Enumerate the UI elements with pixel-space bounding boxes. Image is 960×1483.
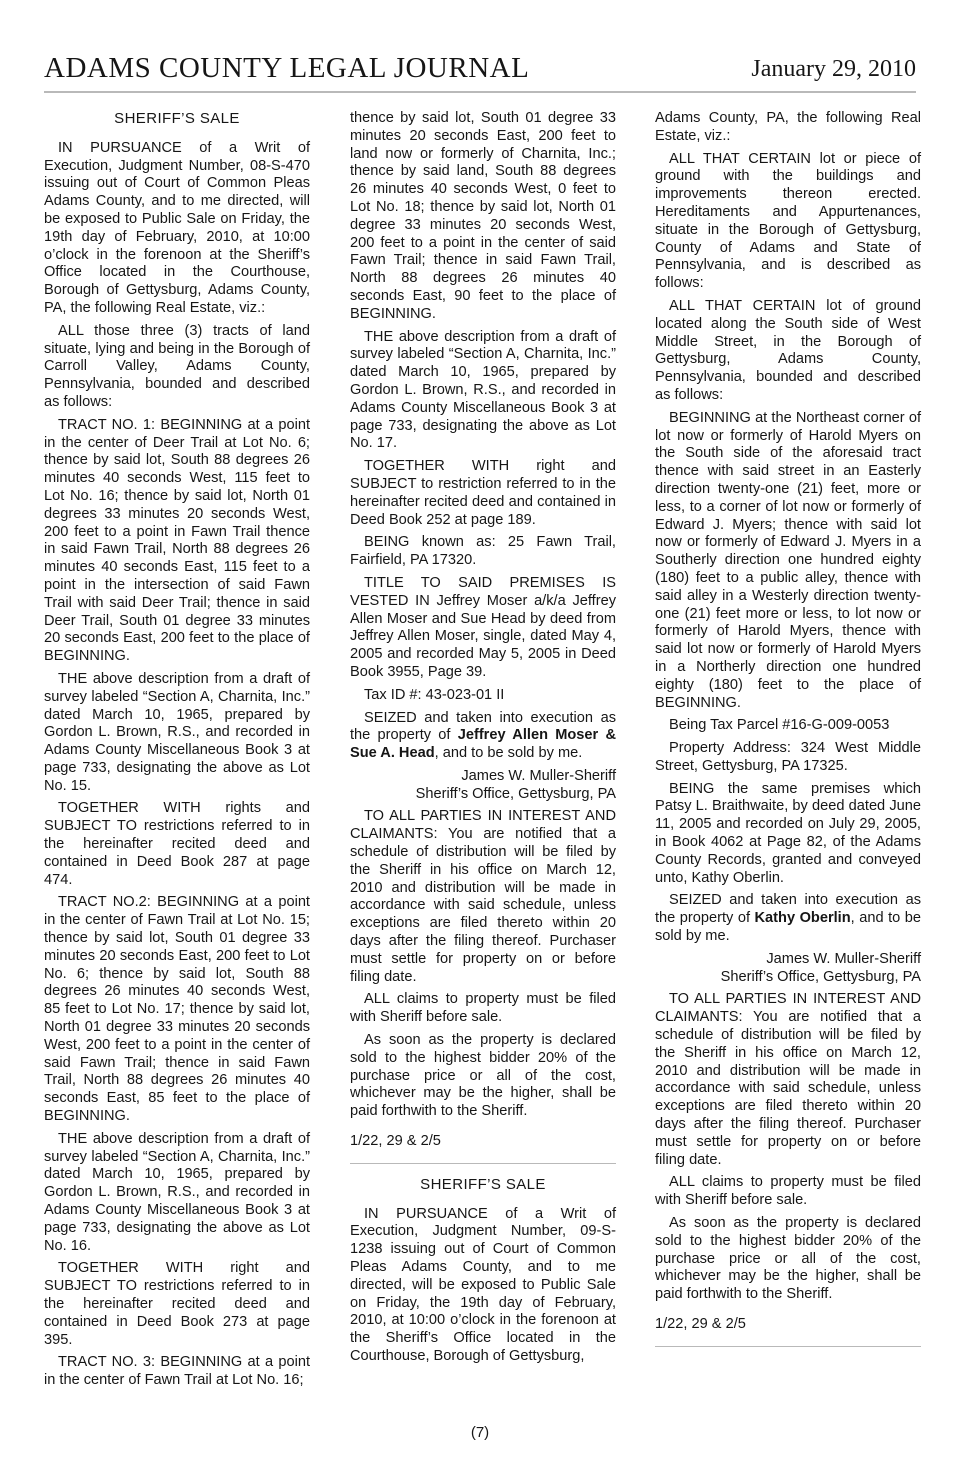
tax-id-line: Tax ID #: 43-023-01 II [350,687,616,705]
paragraph: BEGINNING at the Northeast corner of lot… [655,410,921,713]
seized-paragraph: SEIZED and taken into execution as the p… [655,892,921,945]
publication-dates: 1/22, 29 & 2/5 [655,1316,921,1334]
paragraph: TOGETHER WITH rights and SUBJECT TO rest… [44,800,310,889]
journal-title: ADAMS COUNTY LEGAL JOURNAL [44,52,529,85]
notice1-heading: SHERIFF’S SALE [44,110,310,128]
paragraph: TITLE TO SAID PREMISES IS VESTED IN Jeff… [350,575,616,682]
paragraph: IN PURSUANCE of a Writ of Execution, Jud… [44,140,310,318]
paragraph: TRACT NO. 3: BEGINNING at a point in the… [44,1354,310,1390]
paragraph: TO ALL PARTIES IN INTEREST AND CLAIMANTS… [655,991,921,1169]
document-page: ADAMS COUNTY LEGAL JOURNAL January 29, 2… [0,0,960,1483]
property-address-line: Property Address: 324 West Middle Street… [655,740,921,776]
tax-parcel-line: Being Tax Parcel #16-G-009-0053 [655,717,921,735]
paragraph: THE above description from a draft of su… [44,671,310,796]
seized-names: Kathy Oberlin [755,910,851,926]
section-divider [350,1163,616,1164]
paragraph: BEING the same premises which Patsy L. B… [655,781,921,888]
paragraph: As soon as the property is declared sold… [350,1032,616,1121]
paragraph: ALL claims to property must be filed wit… [655,1174,921,1210]
seized-paragraph: SEIZED and taken into execution as the p… [350,710,616,763]
section-divider [655,1346,921,1347]
paragraph: ALL THAT CERTAIN lot of ground located a… [655,298,921,405]
paragraph: THE above description from a draft of su… [44,1131,310,1256]
paragraph: TRACT NO.2: BEGINNING at a point in the … [44,894,310,1125]
page-number: (7) [0,1424,960,1441]
paragraph: TOGETHER WITH right and SUBJECT to restr… [350,458,616,529]
sheriff-office: Sheriff’s Office, Gettysburg, PA [655,969,921,987]
paragraph: TRACT NO. 1: BEGINNING at a point in the… [44,417,310,666]
sheriff-office: Sheriff’s Office, Gettysburg, PA [350,786,616,804]
paragraph: TOGETHER WITH right and SUBJECT TO restr… [44,1260,310,1349]
paragraph: ALL those three (3) tracts of land situa… [44,323,310,412]
column-2: thence by said lot, South 01 degree 33 m… [350,110,616,1371]
seized-text: , and to be sold by me. [435,745,583,761]
column-3: Adams County, PA, the following Real Est… [655,110,921,1359]
paragraph: IN PURSUANCE of a Writ of Execution, Jud… [350,1206,616,1366]
sheriff-signature: James W. Muller-Sheriff [350,768,616,786]
paragraph: TO ALL PARTIES IN INTEREST AND CLAIMANTS… [350,808,616,986]
column-1: SHERIFF’S SALE IN PURSUANCE of a Writ of… [44,110,310,1395]
notice2-heading: SHERIFF’S SALE [350,1176,616,1194]
paragraph-continuation: thence by said lot, South 01 degree 33 m… [350,110,616,324]
journal-date: January 29, 2010 [751,56,916,83]
paragraph-continuation: Adams County, PA, the following Real Est… [655,110,921,146]
header-rule [44,91,916,93]
publication-dates: 1/22, 29 & 2/5 [350,1133,616,1151]
sheriff-signature: James W. Muller-Sheriff [655,951,921,969]
paragraph: BEING known as: 25 Fawn Trail, Fairfield… [350,534,616,570]
paragraph: ALL claims to property must be filed wit… [350,991,616,1027]
paragraph: ALL THAT CERTAIN lot or piece of ground … [655,151,921,293]
paragraph: As soon as the property is declared sold… [655,1215,921,1304]
paragraph: THE above description from a draft of su… [350,329,616,454]
